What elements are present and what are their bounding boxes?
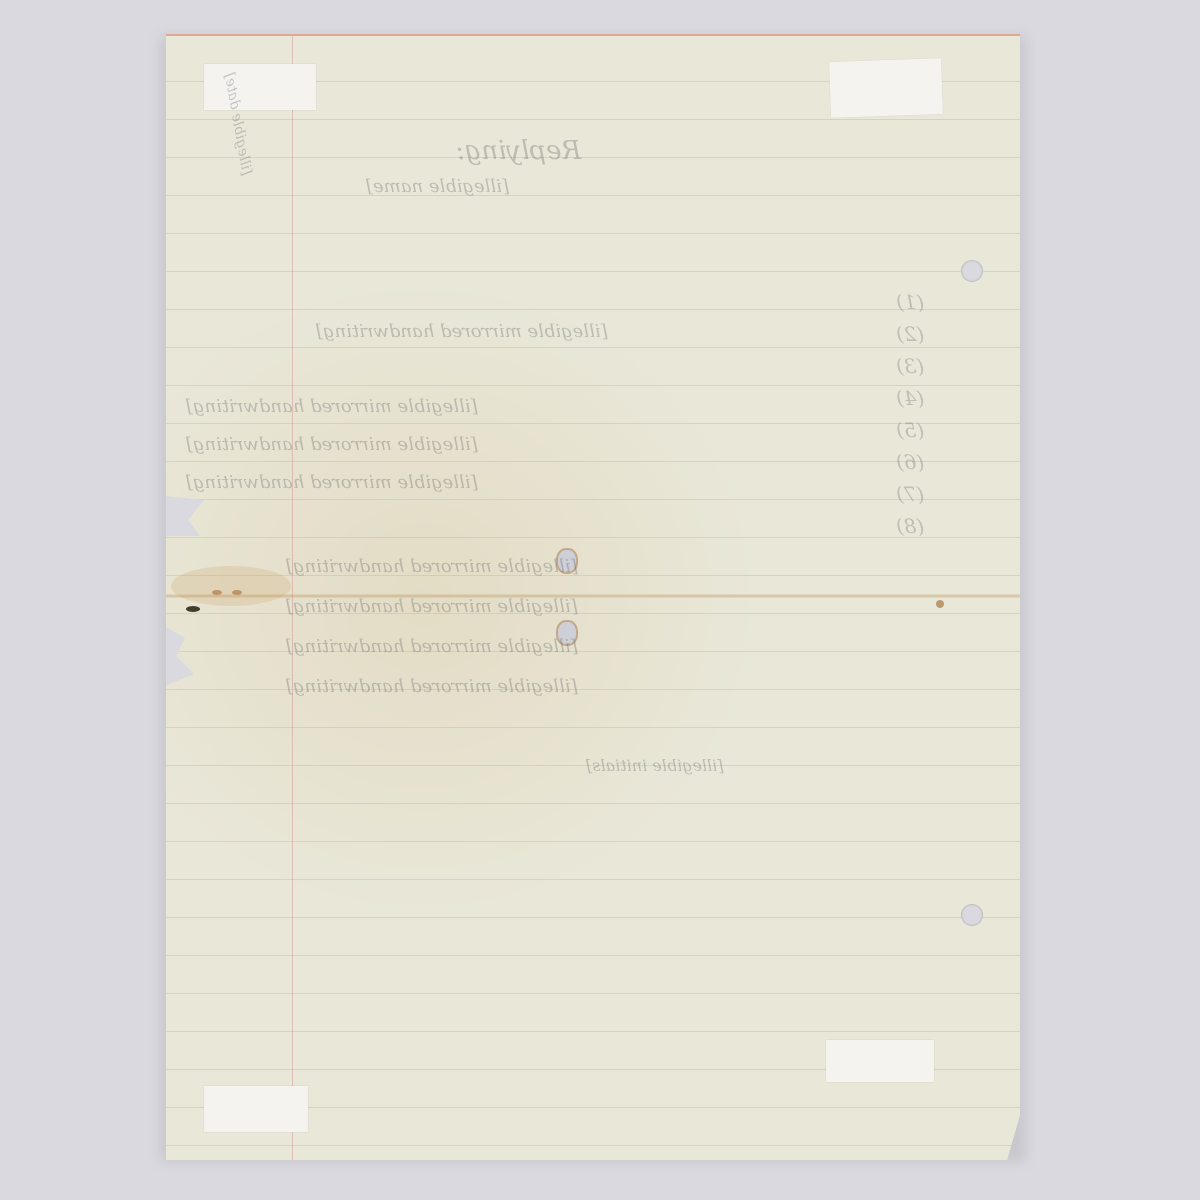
bleed-line: [illegible mirrored handwriting] xyxy=(186,396,478,417)
rust-stain xyxy=(171,566,291,606)
bleed-line: [illegible mirrored handwriting] xyxy=(286,676,578,697)
bleed-salutation: [illegible name] xyxy=(366,176,509,197)
tape-bottom-left xyxy=(204,1086,308,1132)
torn-edge xyxy=(164,496,204,536)
letter-page: Replying: [illegible name] [illegible da… xyxy=(166,34,1020,1160)
torn-edge xyxy=(164,626,194,686)
bleed-line: [illegible mirrored handwriting] xyxy=(286,596,578,617)
bleed-line: [illegible mirrored handwriting] xyxy=(316,321,608,342)
binder-hole-top xyxy=(961,260,983,282)
bleed-line: [illegible mirrored handwriting] xyxy=(186,434,478,455)
bleed-line: [illegible mirrored handwriting] xyxy=(186,472,478,493)
tape-bottom-right xyxy=(826,1040,934,1082)
bleed-signature: [illegible initials] xyxy=(586,756,724,775)
rust-stain xyxy=(936,600,944,608)
bleed-line: [illegible mirrored handwriting] xyxy=(286,636,578,657)
rust-stain xyxy=(186,606,200,612)
bleed-line: [illegible mirrored handwriting] xyxy=(286,556,578,577)
bleed-margin-numerals: (1) (2) (3) (4) (5) (6) (7) (8) xyxy=(896,286,924,542)
tape-top-right xyxy=(829,58,943,118)
tape-top-left xyxy=(204,64,316,110)
binder-hole-bottom xyxy=(961,904,983,926)
bleed-heading: Replying: xyxy=(456,136,581,166)
